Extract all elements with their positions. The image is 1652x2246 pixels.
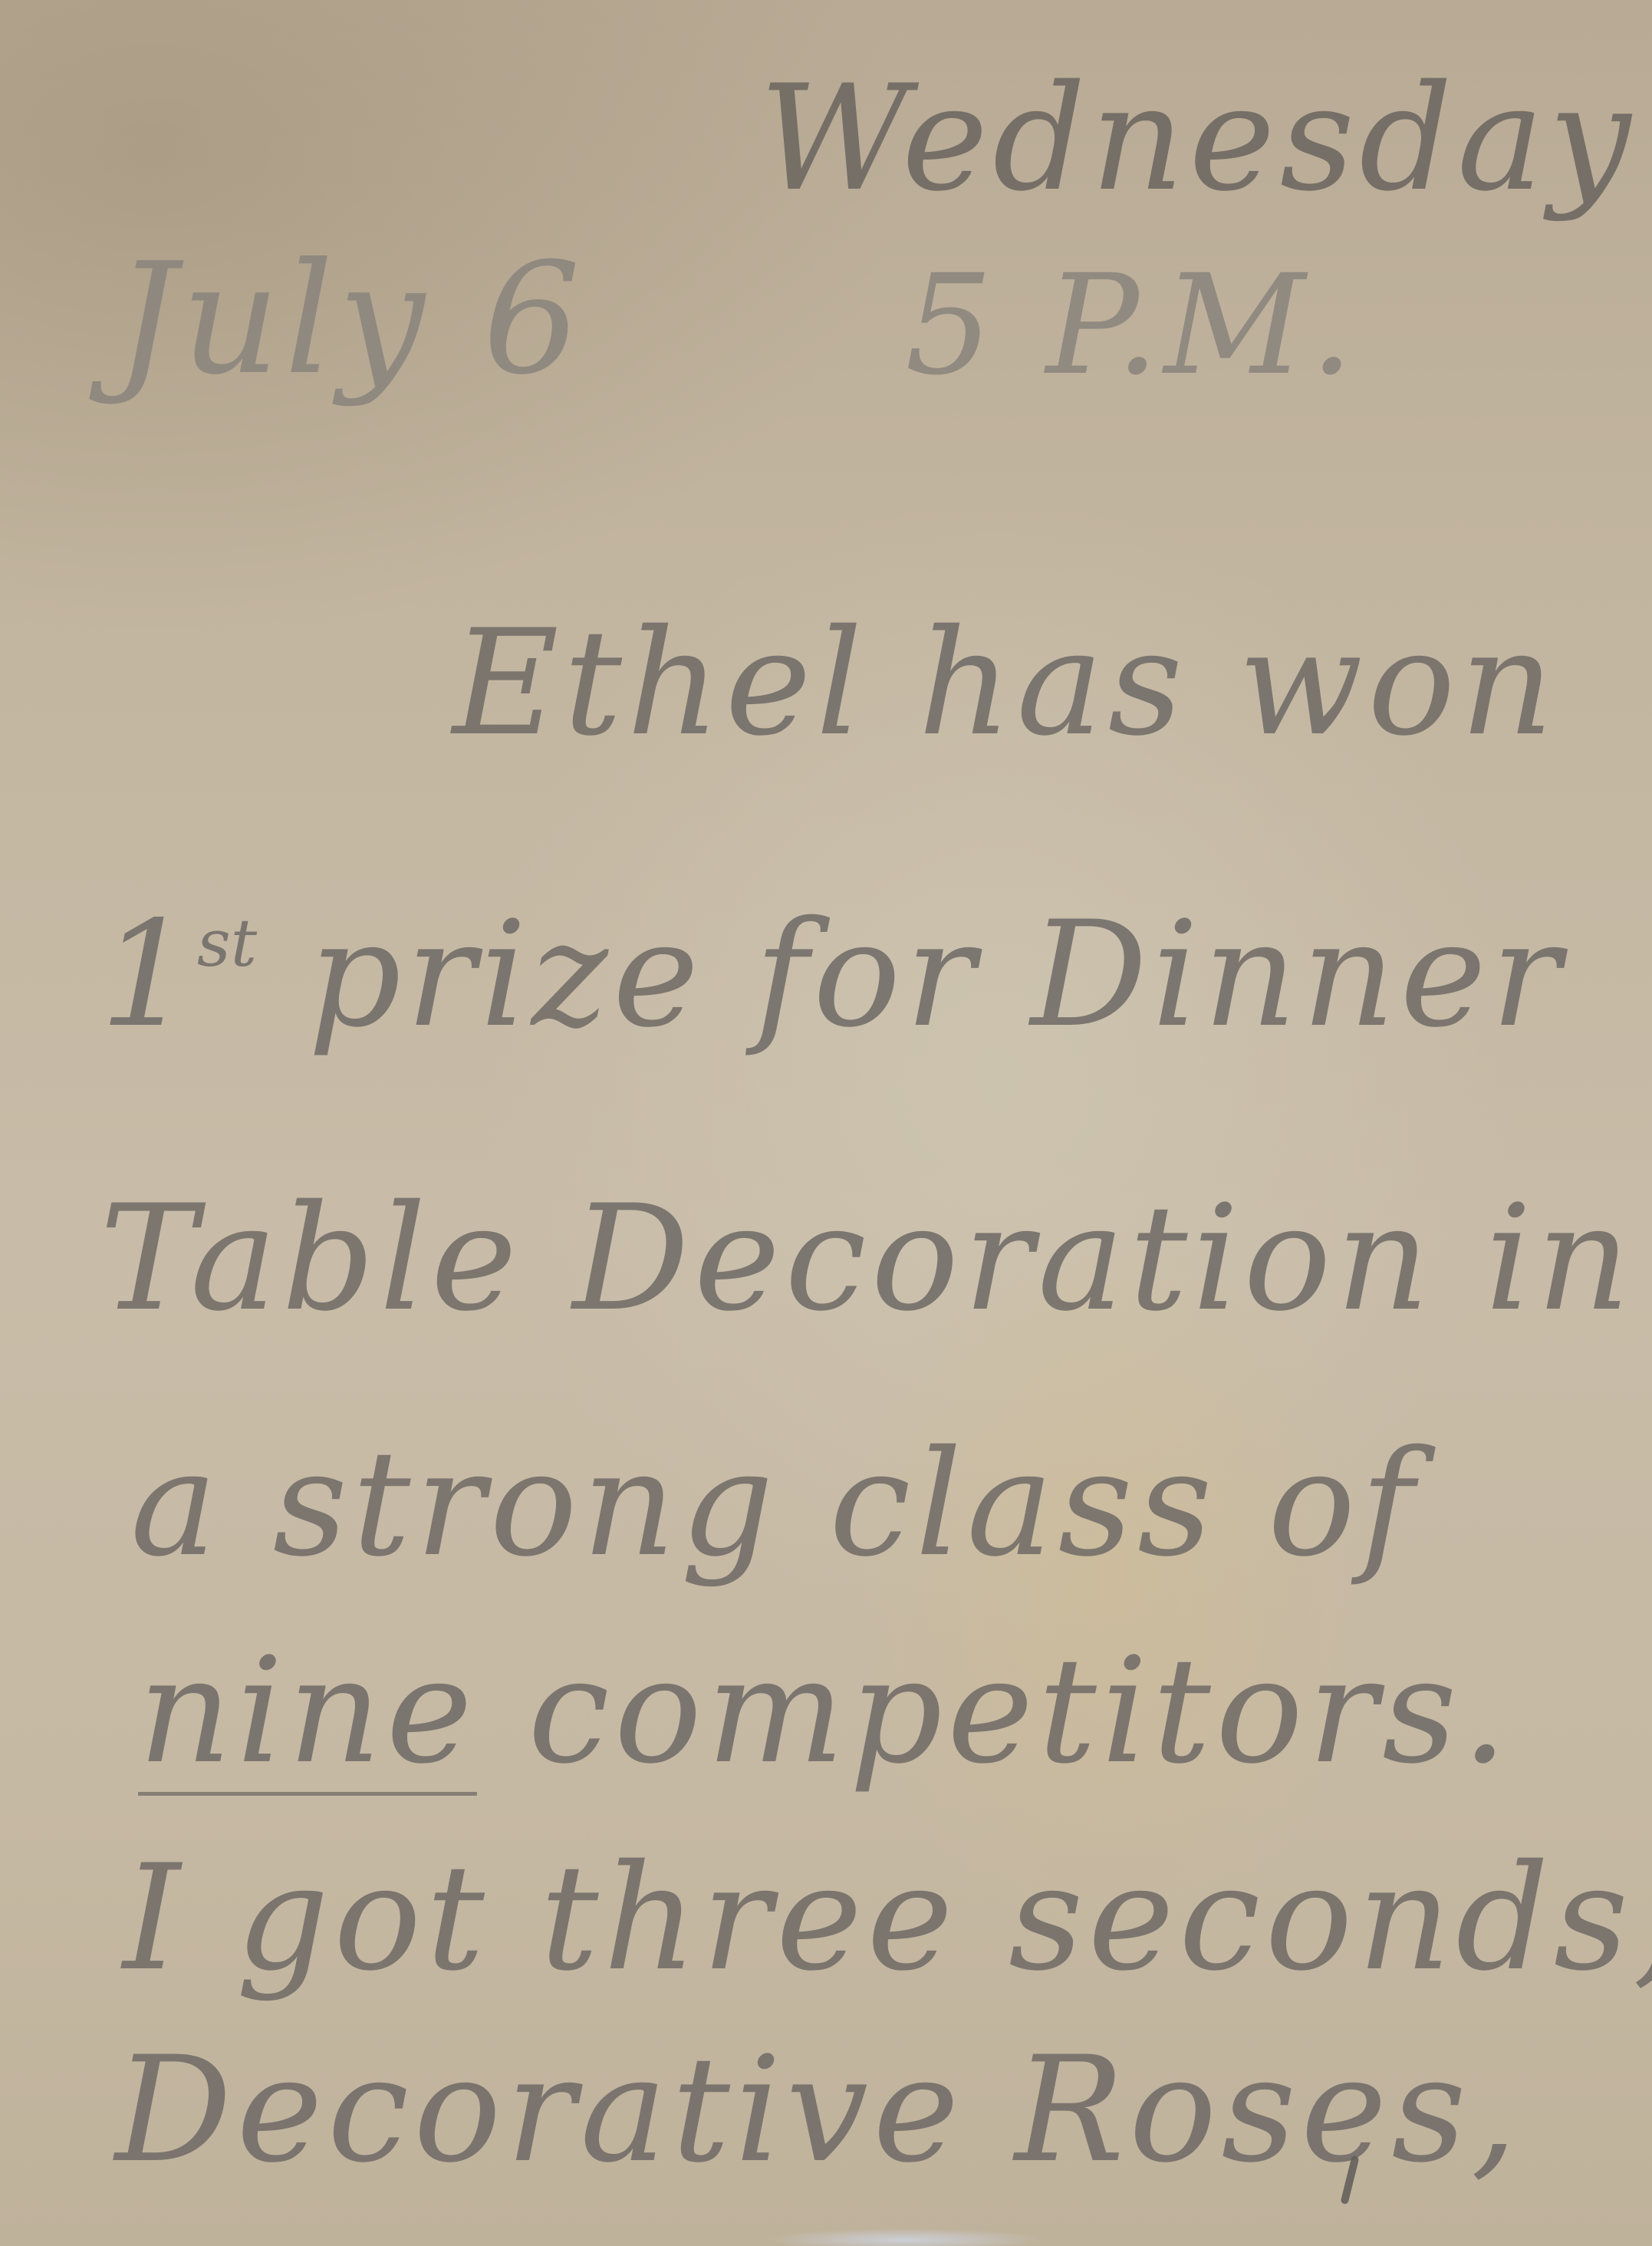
ordinal-suffix: st [197,906,257,982]
body-line-1: Ethel has won [452,598,1558,768]
body-line-5-text: competitors. [477,1626,1512,1796]
body-line-4: a strong class of [130,1419,1419,1589]
letter-page: Wednesday July 6 5 P.M. Ethel has won 1s… [0,0,1652,2246]
body-line-5: nine competitors. [138,1626,1512,1796]
paper-edge-scrap [767,2228,1043,2246]
underlined-word: nine [138,1626,477,1796]
heading-day: Wednesday [759,54,1635,223]
heading-time: 5 P.M. [905,245,1358,406]
body-line-3: Table Decoration in [100,1174,1635,1343]
body-line-2: 1st prize for Dinner [100,890,1565,1059]
body-line-6: I got three seconds, [123,1833,1652,2003]
ordinal-number: 1 [100,890,197,1059]
body-line-2-text: prize for Dinner [257,890,1565,1059]
heading-date: July 6 [115,230,585,409]
body-line-7: Decorative Roses, [115,2025,1522,2195]
